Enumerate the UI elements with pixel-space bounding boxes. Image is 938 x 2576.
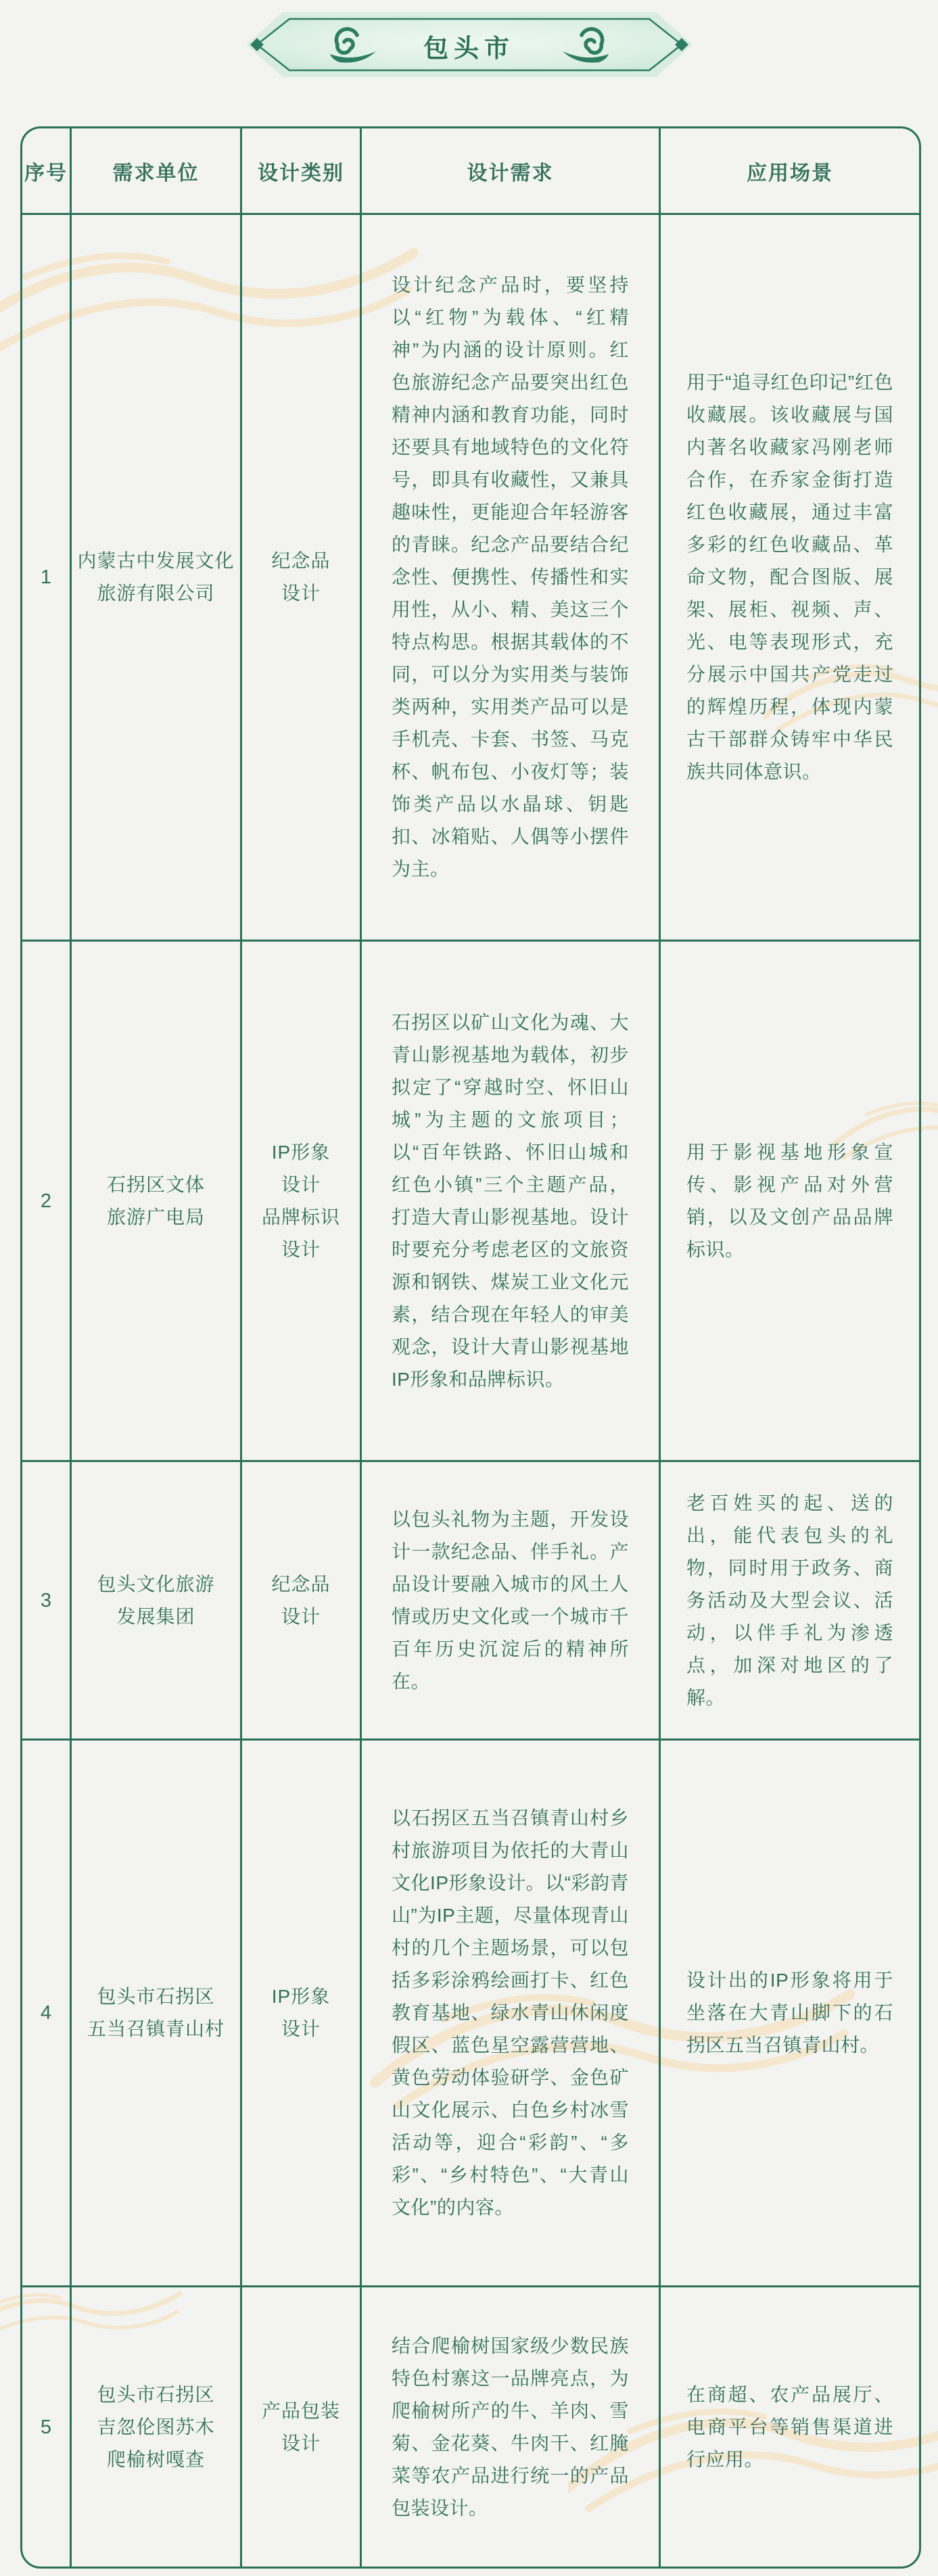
page: 包头市 序号 需求单位 设计类别 设计需求 应用场景 1 内蒙古中发展文化 旅游… [0,0,938,2576]
header-row: 序号 需求单位 设计类别 设计需求 应用场景 [22,128,919,215]
table-row: 3 包头文化旅游 发展集团 纪念品 设计 以包头礼物为主题，开发设计一款纪念品、… [22,1462,919,1741]
cell-application: 老百姓买的起、送的出，能代表包头的礼物，同时用于政务、商务活动及大型会议、活动，… [659,1462,919,1741]
requirements-table: 序号 需求单位 设计类别 设计需求 应用场景 1 内蒙古中发展文化 旅游有限公司… [20,126,921,2569]
cell-category: IP形象 设计 品牌标识 设计 [240,942,360,1462]
column-header-category: 设计类别 [240,128,360,215]
table-row: 2 石拐区文体 旅游广电局 IP形象 设计 品牌标识 设计 石拐区以矿山文化为魂… [22,942,919,1462]
cell-serial: 2 [22,942,70,1462]
cell-application: 用于影视基地形象宣传、影视产品对外营销，以及文创产品品牌标识。 [659,942,919,1462]
cell-application: 用于“追寻红色印记”红色收藏展。该收藏展与国内著名收藏家冯刚老师合作，在乔家金街… [659,215,919,942]
cell-unit: 包头市石拐区 五当召镇青山村 [70,1741,240,2287]
cell-category: IP形象 设计 [240,1741,360,2287]
cell-requirement: 以石拐区五当召镇青山村乡村旅游项目为依托的大青山文化IP形象设计。以“彩韵青山”… [360,1741,659,2287]
cell-application: 在商超、农产品展厅、电商平台等销售渠道进行应用。 [659,2287,919,2567]
table-row: 5 包头市石拐区 吉忽伦图苏木 爬榆树嘎查 产品包装 设计 结合爬榆树国家级少数… [22,2287,919,2567]
page-title: 包头市 [246,11,693,78]
cell-requirement: 结合爬榆树国家级少数民族特色村寨这一品牌亮点，为爬榆树所产的牛、羊肉、雪菊、金花… [360,2287,659,2567]
column-header-application: 应用场景 [659,128,919,215]
cell-category: 纪念品 设计 [240,1462,360,1741]
cell-application: 设计出的IP形象将用于坐落在大青山脚下的石拐区五当召镇青山村。 [659,1741,919,2287]
cell-unit: 内蒙古中发展文化 旅游有限公司 [70,215,240,942]
cell-requirement: 石拐区以矿山文化为魂、大青山影视基地为载体，初步拟定了“穿越时空、怀旧山城”为主… [360,942,659,1462]
table-row: 4 包头市石拐区 五当召镇青山村 IP形象 设计 以石拐区五当召镇青山村乡村旅游… [22,1741,919,2287]
city-banner: 包头市 [246,11,693,78]
cell-category: 纪念品 设计 [240,215,360,942]
table-row: 1 内蒙古中发展文化 旅游有限公司 纪念品 设计 设计纪念产品时，要坚持以“红物… [22,215,919,942]
cell-requirement: 以包头礼物为主题，开发设计一款纪念品、伴手礼。产品设计要融入城市的风土人情或历史… [360,1462,659,1741]
cell-unit: 石拐区文体 旅游广电局 [70,942,240,1462]
column-header-unit: 需求单位 [70,128,240,215]
cell-serial: 1 [22,215,70,942]
column-header-requirement: 设计需求 [360,128,659,215]
cell-serial: 3 [22,1462,70,1741]
cell-serial: 4 [22,1741,70,2287]
cell-serial: 5 [22,2287,70,2567]
column-header-serial: 序号 [22,128,70,215]
cell-unit: 包头市石拐区 吉忽伦图苏木 爬榆树嘎查 [70,2287,240,2567]
cell-unit: 包头文化旅游 发展集团 [70,1462,240,1741]
cell-category: 产品包装 设计 [240,2287,360,2567]
cell-requirement: 设计纪念产品时，要坚持以“红物”为载体、“红精神”为内涵的设计原则。红色旅游纪念… [360,215,659,942]
